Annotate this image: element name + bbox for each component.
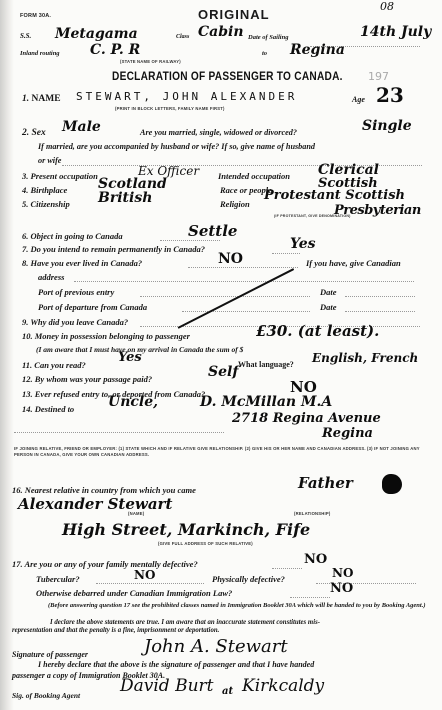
port-entry-line	[140, 296, 310, 297]
booking-agent-at: at	[222, 686, 233, 697]
q1-age-value: 23	[376, 83, 404, 107]
document-page: FORM 30A. ORIGINAL 08 S.S. Metagama Clas…	[0, 0, 442, 710]
passenger-signature: John A. Stewart	[144, 636, 288, 657]
class-label: Class	[176, 34, 189, 40]
q2-line3: or wife	[38, 156, 61, 165]
q14-caption: IF JOINING RELATIVE, FRIEND OR EMPLOYER:…	[14, 446, 429, 458]
q5-value: British	[98, 190, 152, 206]
q16-relationship-caption: (RELATIONSHIP)	[294, 511, 330, 516]
q16-address-caption: (GIVE FULL ADDRESS OF SUCH RELATIVE)	[158, 541, 253, 546]
q6-label: 6. Object in going to Canada	[22, 231, 123, 241]
document-title: DECLARATION OF PASSENGER TO CANADA.	[112, 71, 343, 83]
q9-label: 9. Why did you leave Canada?	[22, 317, 128, 327]
q10-value: £30. (at least).	[256, 322, 379, 340]
q8-line	[188, 267, 298, 268]
q17-tb-value: NO	[134, 568, 155, 582]
q17-phys-value: NO	[332, 566, 353, 580]
q14-address-value: 2718 Regina Avenue	[232, 411, 381, 426]
q7-label: 7. Do you intend to remain permanently i…	[22, 244, 205, 254]
q6-line	[160, 240, 220, 241]
entry-date-label: Date	[320, 287, 337, 297]
q2-marital-label: Are you married, single, widowed or divo…	[140, 128, 297, 137]
ss-label: S.S.	[20, 32, 31, 40]
class-value: Cabin	[198, 24, 244, 40]
q1-name-value: STEWART, JOHN ALEXANDER	[76, 90, 297, 103]
q10-label: 10. Money in possession belonging to pas…	[22, 331, 190, 341]
q12-label: 12. By whom was your passage paid?	[22, 374, 152, 384]
q11-value: Yes	[118, 350, 142, 365]
agent-declaration-text-1: I hereby declare that the above is the s…	[38, 660, 314, 669]
q17-phys-label: Physically defective?	[212, 574, 285, 584]
q17-other-value: NO	[330, 581, 353, 596]
to-value: Regina	[290, 42, 345, 58]
strike-through-line	[178, 268, 295, 329]
q17-value: NO	[304, 552, 327, 567]
departure-date-label: Date	[320, 302, 337, 312]
q16-name-value: Alexander Stewart	[18, 495, 172, 513]
q8-address-label: If you have, give Canadian	[306, 258, 401, 268]
port-entry-label: Port of previous entry	[38, 287, 114, 297]
sailing-label: Date of Sailing	[248, 34, 288, 41]
q2-line2: If married, are you accompanied by husba…	[38, 142, 315, 151]
q11-language-label: What language?	[238, 360, 294, 369]
q11-label: 11. Can you read?	[22, 360, 86, 370]
q17-label: 17. Are you or any of your family mental…	[12, 559, 198, 569]
booking-agent-label: Sig. of Booking Agent	[12, 691, 80, 700]
declaration-text-2: representation and that the penalty is a…	[12, 627, 219, 634]
q4-label: 4. Birthplace	[22, 185, 67, 195]
q17-note: (Before answering question 17 see the pr…	[14, 602, 434, 610]
q2-sex-value: Male	[62, 119, 101, 135]
q7-line	[272, 253, 300, 254]
q14-label: 14. Destined to	[22, 404, 74, 414]
q2-marital-value: Single	[362, 118, 412, 134]
passenger-signature-label: Signature of passenger	[12, 650, 88, 659]
booking-agent-signature: David Burt	[120, 676, 214, 696]
address-line	[74, 281, 414, 282]
q3-label: 3. Present occupation	[22, 171, 98, 181]
q16-name-caption: (NAME)	[128, 511, 144, 516]
q14-relation-value: Uncle,	[108, 394, 158, 410]
q6-value: Settle	[188, 222, 237, 240]
q8-value: NO	[218, 251, 243, 267]
q5-denomination-value: Presbyterian	[334, 203, 421, 218]
q14-line	[14, 432, 224, 433]
form-number: FORM 30A.	[20, 13, 51, 19]
q14-name-value: D. McMillan M.A	[200, 394, 332, 410]
q1-age-label: Age	[352, 95, 365, 104]
to-label: to	[262, 50, 267, 57]
scan-edge-shadow	[0, 0, 14, 710]
inland-label: Inland routing	[20, 50, 60, 57]
q5-religion-value: Protestant Scottish	[264, 188, 405, 203]
q3-intended-label: Intended occupation	[218, 171, 290, 181]
original-stamp: ORIGINAL	[198, 7, 270, 22]
booking-agent-place: Kirkcaldy	[242, 676, 324, 696]
tb-line	[96, 583, 204, 584]
q17-tb-label: Tubercular?	[36, 574, 80, 584]
ink-blot	[382, 474, 402, 494]
q16-label: 16. Nearest relative in country from whi…	[12, 485, 196, 495]
side-mark: 197	[368, 70, 389, 83]
q16-relationship-value: Father	[298, 474, 353, 492]
q11-language-value: English, French	[312, 351, 418, 365]
q5-label: 5. Citizenship	[22, 199, 70, 209]
sailing-value: 14th July	[360, 24, 431, 40]
port-departure-label: Port of departure from Canada	[38, 302, 147, 312]
q1-label: 1. NAME	[22, 94, 61, 104]
q16-address-value: High Street, Markinch, Fife	[62, 520, 310, 539]
departure-date-line	[345, 311, 415, 312]
q7-value: Yes	[290, 236, 316, 252]
q8-label: 8. Have you ever lived in Canada?	[22, 258, 142, 268]
ss-value: Metagama	[55, 26, 138, 42]
q2-label: 2. Sex	[22, 128, 46, 138]
q5-religion-label: Religion	[220, 199, 250, 209]
entry-date-line	[345, 296, 415, 297]
corner-mark: 08	[380, 0, 394, 13]
declaration-text-1: I declare the above statements are true.…	[50, 619, 320, 626]
q1-caption: (PRINT IN BLOCK LETTERS, FAMILY NAME FIR…	[115, 106, 225, 111]
q17-other-label: Otherwise debarred under Canadian Immigr…	[36, 588, 232, 598]
port-departure-line	[182, 311, 310, 312]
q8-address-line: address	[38, 272, 64, 282]
q17-line	[272, 568, 302, 569]
q14-city-value: Regina	[322, 426, 373, 441]
other-line	[290, 597, 330, 598]
inland-value: C. P. R	[90, 42, 140, 58]
inland-caption: (STATE NAME OF RAILWAY)	[120, 59, 181, 64]
q12-value: Self	[208, 364, 238, 380]
